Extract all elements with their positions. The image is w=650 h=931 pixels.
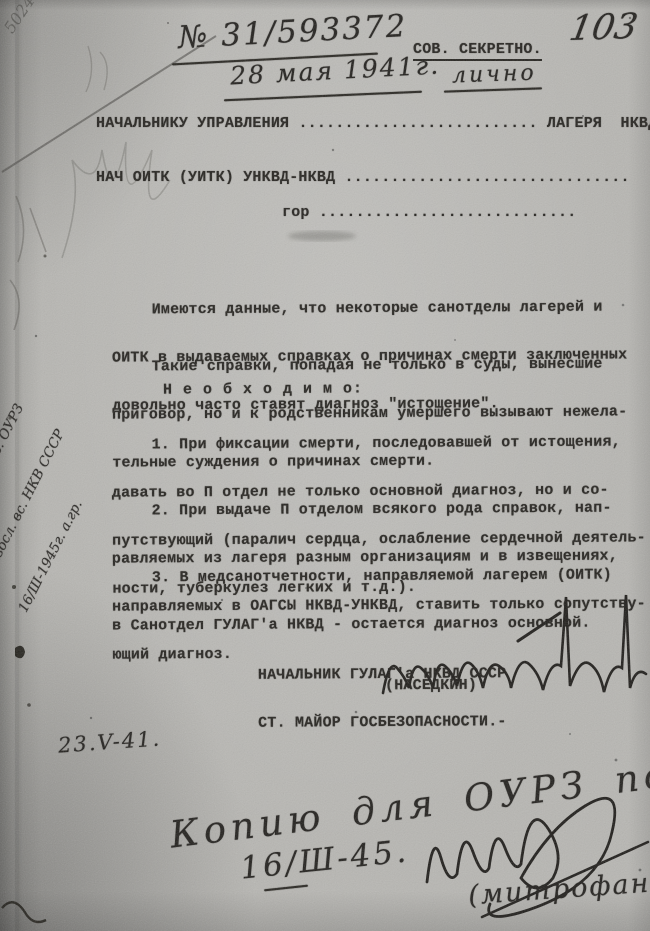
scanned-document-page: 50245 № 31/593372 28 мая 1941г. СОВ. СЕК…: [0, 0, 650, 931]
dust-and-specks: [0, 0, 650, 931]
